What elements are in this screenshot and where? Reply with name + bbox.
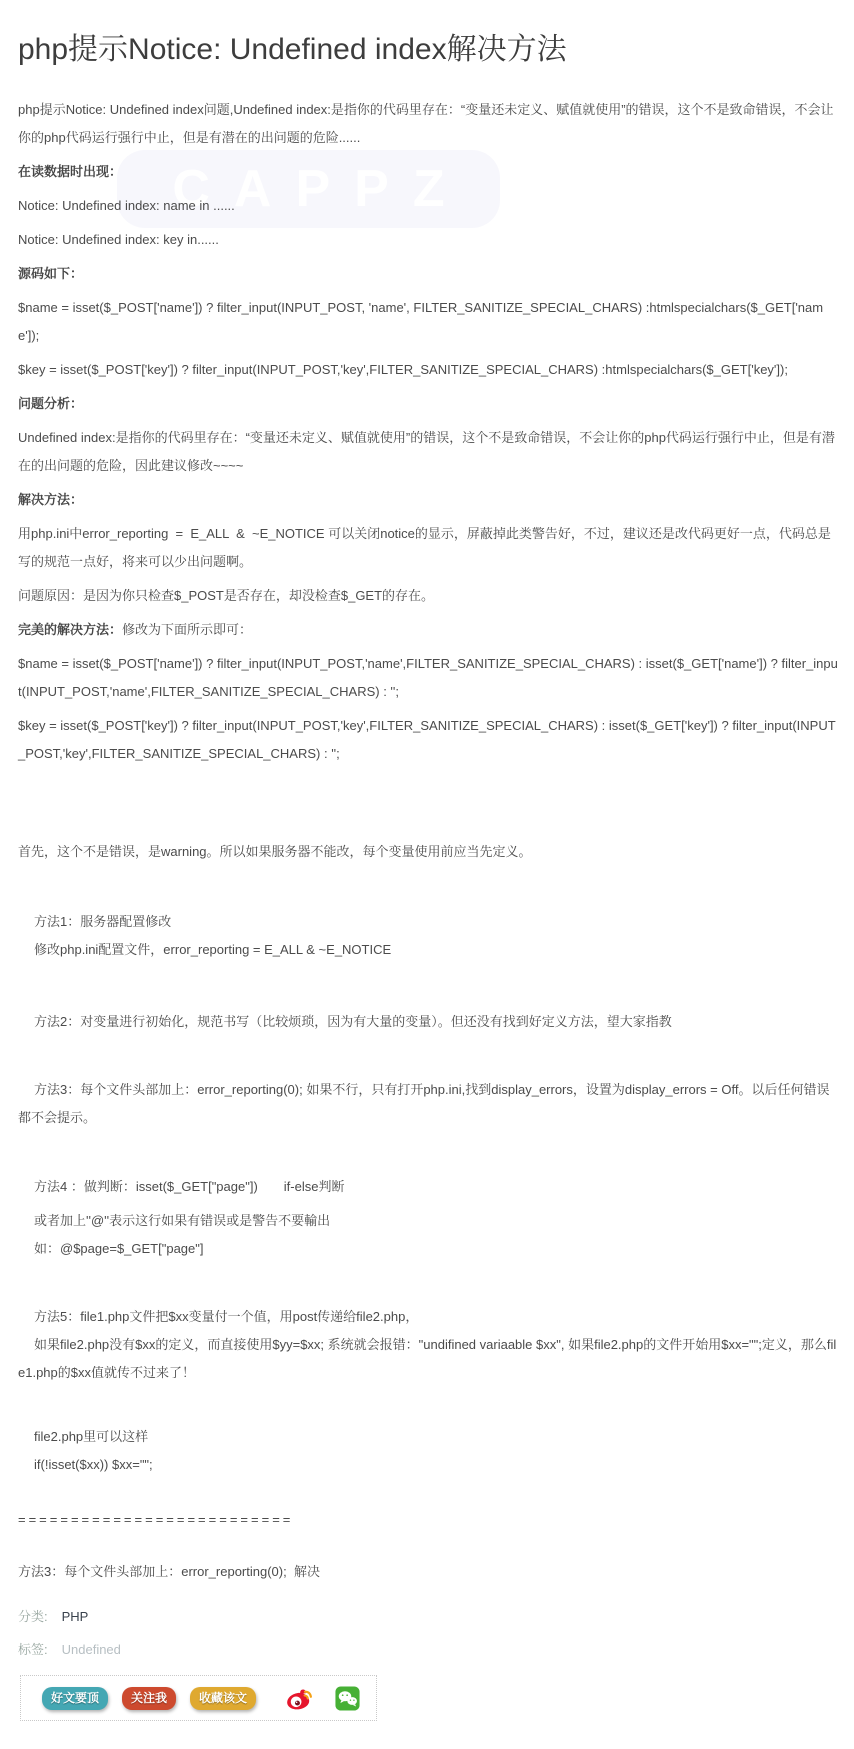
article-paragraph: 方法3：每个文件头部加上：error_reporting(0); 如果不行，只有… bbox=[18, 1076, 840, 1132]
tag-row: 标签:Undefined bbox=[18, 1636, 840, 1664]
spacer bbox=[18, 1540, 840, 1552]
spacer bbox=[18, 1138, 840, 1167]
separator: ========================== bbox=[18, 1506, 840, 1534]
article-paragraph: 首先，这个不是错误，是warning。所以如果服务器不能改，每个变量使用前应当先… bbox=[18, 838, 840, 866]
article-paragraph: Notice: Undefined index: name in ...... bbox=[18, 192, 840, 220]
section-heading: 源码如下： bbox=[18, 260, 840, 288]
category-label: 分类: bbox=[18, 1609, 48, 1624]
page: { "page_title": "php提示Notice: Undefined … bbox=[0, 0, 854, 1749]
section-heading: 解决方法： bbox=[18, 486, 840, 514]
tag-link[interactable]: Undefined bbox=[62, 1642, 121, 1657]
category-row: 分类:PHP bbox=[18, 1603, 840, 1631]
category-link[interactable]: PHP bbox=[62, 1609, 89, 1624]
section-heading: 在读数据时出现： bbox=[18, 158, 840, 186]
article-paragraph: $key = isset($_POST['key']) ? filter_inp… bbox=[18, 712, 840, 768]
spacer bbox=[18, 1393, 840, 1417]
wechat-icon[interactable] bbox=[335, 1686, 360, 1711]
share-button-digg[interactable]: 好文要顶 bbox=[42, 1687, 108, 1710]
article-paragraph: 方法1：服务器配置修改修改php.ini配置文件，error_reporting… bbox=[18, 908, 840, 964]
share-button-favorite[interactable]: 收藏该文 bbox=[190, 1687, 256, 1710]
spacer bbox=[18, 872, 840, 902]
spacer bbox=[18, 774, 840, 832]
article-paragraph: php提示Notice: Undefined index问题,Undefined… bbox=[18, 96, 840, 152]
article-paragraph: 方法5：file1.php文件把$xx变量付一个值，用post传递给file2.… bbox=[18, 1303, 840, 1387]
article-body: php提示Notice: Undefined index问题,Undefined… bbox=[18, 96, 840, 1586]
spacer bbox=[18, 1485, 840, 1500]
spacer bbox=[18, 1042, 840, 1070]
share-buttons-group: 好文要顶关注我收藏该文 bbox=[42, 1687, 256, 1710]
article-paragraph: 方法2：对变量进行初始化，规范书写（比较烦琐，因为有大量的变量）。但还没有找到好… bbox=[18, 1008, 840, 1036]
article-paragraph: 问题原因：是因为你只检查$_POST是否存在，却没检查$_GET的存在。 bbox=[18, 582, 840, 610]
spacer bbox=[18, 1269, 840, 1297]
article-paragraph: 方法3：每个文件头部加上：error_reporting(0); 解决 bbox=[18, 1558, 840, 1586]
weibo-icon[interactable] bbox=[286, 1686, 313, 1710]
spacer bbox=[18, 970, 840, 1002]
article-paragraph: 用php.ini中error_reporting = E_ALL & ~E_NO… bbox=[18, 520, 840, 576]
article-paragraph: 或者加上''@''表示这行如果有错误或是警告不要輸出如：@$page=$_GET… bbox=[18, 1207, 840, 1263]
article-paragraph: 方法4 ：做判断：isset($_GET["page"]) if-else判断 bbox=[18, 1173, 840, 1201]
section-heading: 完美的解决方法：修改为下面所示即可： bbox=[18, 616, 840, 644]
share-box: 好文要顶关注我收藏该文 bbox=[20, 1675, 377, 1721]
article-paragraph: $name = isset($_POST['name']) ? filter_i… bbox=[18, 650, 840, 706]
article-paragraph: $key = isset($_POST['key']) ? filter_inp… bbox=[18, 356, 840, 384]
article-paragraph: $name = isset($_POST['name']) ? filter_i… bbox=[18, 294, 840, 350]
section-heading: 问题分析： bbox=[18, 390, 840, 418]
share-button-follow[interactable]: 关注我 bbox=[122, 1687, 176, 1710]
article-paragraph: Notice: Undefined index: key in...... bbox=[18, 226, 840, 254]
article-paragraph: file2.php里可以这样if(!isset($xx)) $xx=""; bbox=[18, 1423, 840, 1479]
article-paragraph: Undefined index:是指你的代码里存在：“变量还未定义、赋值就使用”… bbox=[18, 424, 840, 480]
tag-label: 标签: bbox=[18, 1642, 48, 1657]
page-title: php提示Notice: Undefined index解决方法 bbox=[18, 28, 840, 72]
article-container: php提示Notice: Undefined index解决方法 php提示No… bbox=[0, 28, 854, 1721]
